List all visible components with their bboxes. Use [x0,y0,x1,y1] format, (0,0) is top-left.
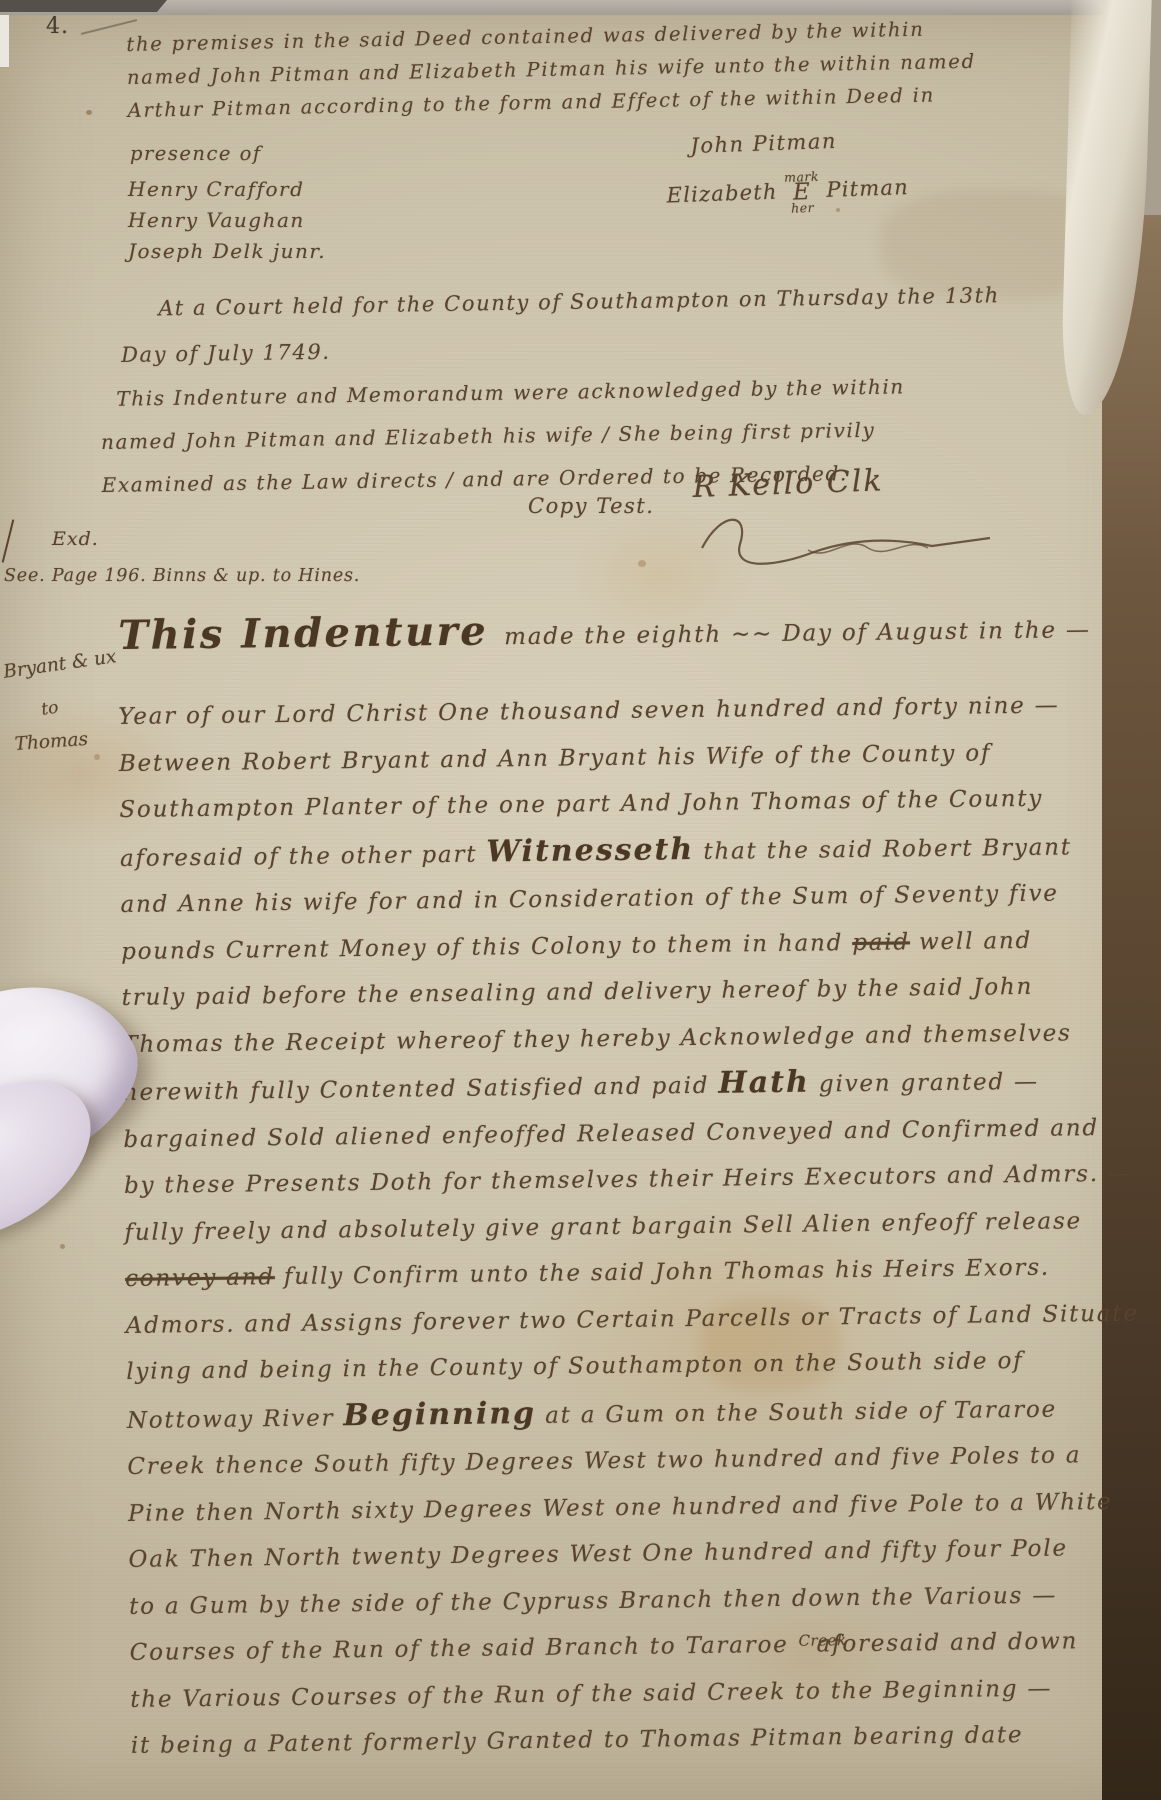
signature-john-pitman: John Pitman [690,129,837,158]
left-edge-highlight [0,15,9,67]
struck-word: paid [852,929,910,956]
signature-flourish [688,498,998,582]
signature-elizabeth-pitman: ElizabethmarkEherPitman [666,168,910,218]
signature-last-name: Pitman [826,175,909,202]
deed-opening-words: This Indenture [118,607,488,659]
margin-exd-note: Exd. [52,528,99,550]
manuscript-page-photo: 4. the premises in the said Deed contain… [0,0,1161,1800]
presence-of-label: presence of [130,142,262,165]
page-number: 4. [46,14,69,39]
hath-word: Hath [718,1065,810,1101]
signature-first-name: Elizabeth [666,180,778,208]
interlined-word: Creek [798,1633,846,1649]
struck-words: convey and [125,1264,275,1292]
deed-body: Year of our Lord Christ One thousand sev… [118,682,1144,1770]
deed-opening-rest: made the eighth ~~ Day of August in the … [504,617,1091,650]
mark-word-below: her [785,202,820,214]
court-record: At a Court held for the County of Southa… [120,272,1001,378]
witnesseth-word: Witnesseth [486,831,694,869]
stain-spot [94,754,100,760]
top-left-dark-corner [0,0,167,12]
witness-name: Henry Vaughan [128,205,326,236]
stain-spot [60,1244,65,1249]
beginning-word: Beginning [343,1395,536,1432]
memorandum-paragraph: the premises in the said Deed contained … [126,12,977,127]
copy-teste-label: Copy Test. [528,494,654,518]
top-binding-edge [0,0,1161,15]
witness-list: Henry Crafford Henry Vaughan Joseph Delk… [128,174,326,267]
margin-see-page-note: See. Page 196. Binns & up. to Hines. [4,566,360,586]
stain-spot [638,560,646,567]
ink-speck [86,110,92,115]
witness-name: Henry Crafford [128,174,326,205]
witness-name: Joseph Delk junr. [128,236,326,267]
her-mark: markEher [784,171,820,214]
margin-case-label-to: to [40,698,60,720]
